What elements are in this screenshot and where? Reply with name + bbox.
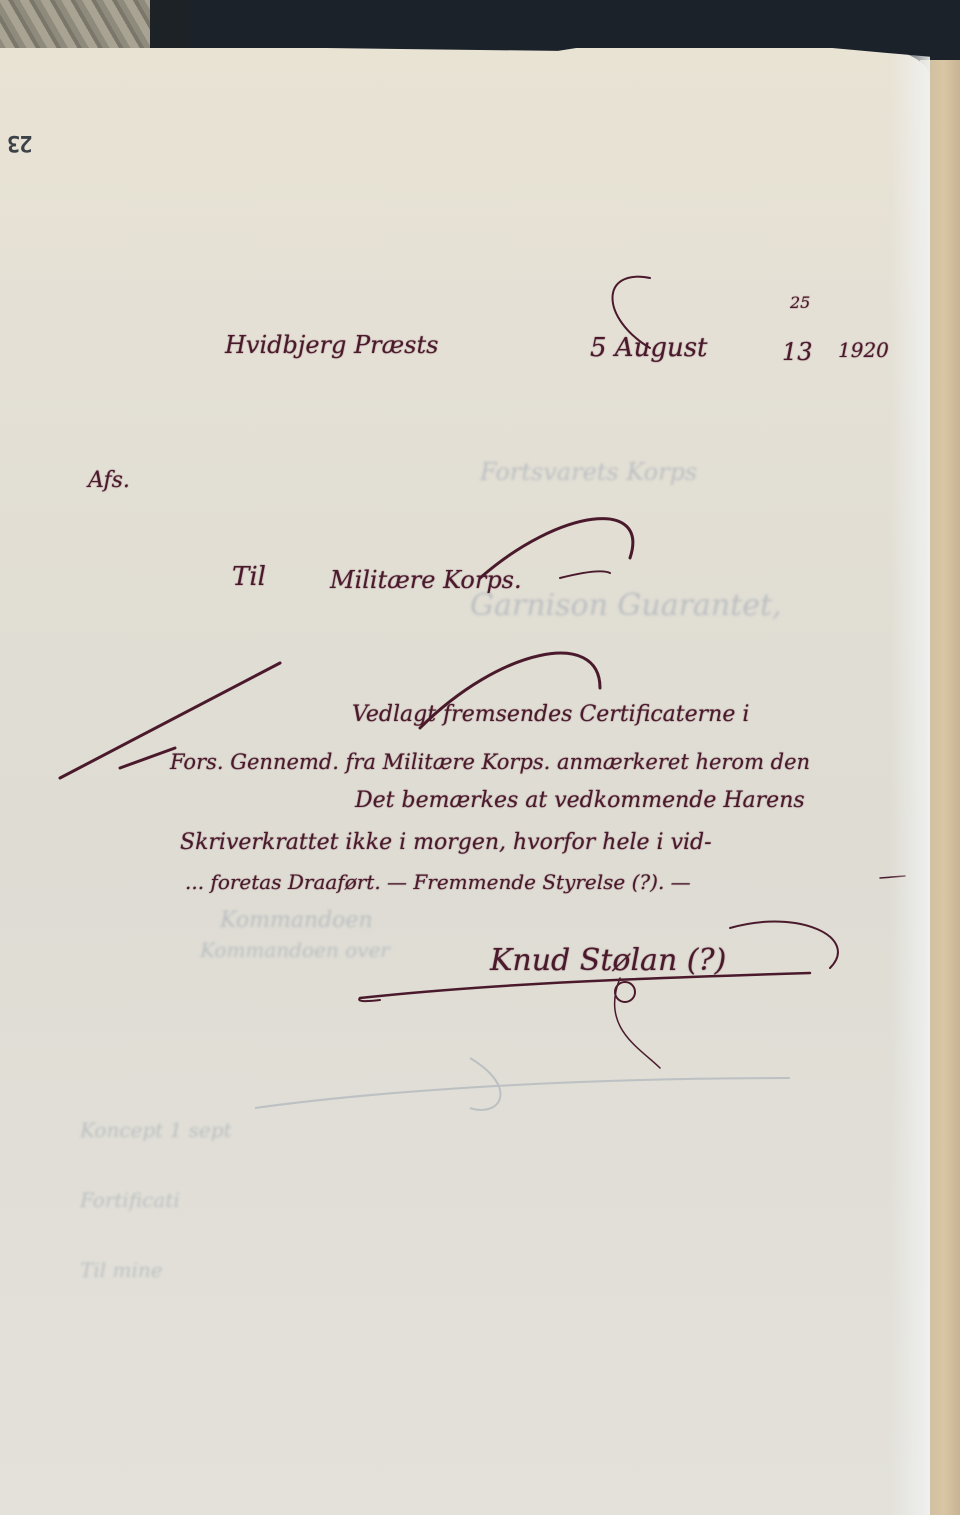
ink-flourishes: [0, 48, 930, 1515]
document-page: 23 Garnison Guarantet, Fortsvarets Korps…: [0, 48, 930, 1515]
background-fabric: [0, 0, 150, 50]
book-cover-edge: [150, 0, 190, 50]
